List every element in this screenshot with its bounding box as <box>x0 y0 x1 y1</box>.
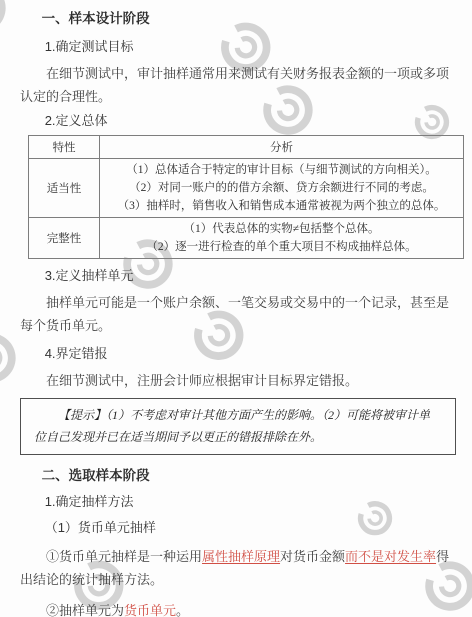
tip-label: 【提示】 <box>58 408 106 422</box>
population-definition-table: 特性 分析 适当性 （1）总体适合于特定的审计目标（与细节测试的方向相关）。 （… <box>28 135 464 259</box>
table-row: 适当性 （1）总体适合于特定的审计目标（与细节测试的方向相关）。 （2）对同一账… <box>29 159 464 218</box>
analysis-line: （2）对同一账户的的借方余额、贷方余额进行不同的考虑。 <box>103 179 460 197</box>
section1-item3-title: 3.定义抽样单元 <box>20 267 456 285</box>
paragraph-text: 。 <box>176 603 189 617</box>
table-row: 完整性 （1）代表总体的实物≠包括整个总体。 （2）逐一进行检查的单个重大项目不… <box>29 218 464 259</box>
section1-title: 一、样本设计阶段 <box>20 10 456 28</box>
table-cell-analysis: （1）代表总体的实物≠包括整个总体。 （2）逐一进行检查的单个重大项目不构成抽样… <box>100 218 464 259</box>
section1-item2-title: 2.定义总体 <box>20 112 456 130</box>
document-page: 一、样本设计阶段 1.确定测试目标 在细节测试中，审计抽样通常用来测试有关财务报… <box>0 0 472 617</box>
table-header-analysis: 分析 <box>100 136 464 159</box>
paragraph-text: ②抽样单元为 <box>46 603 124 617</box>
highlighted-phrase: 而不是对发生率 <box>345 549 436 564</box>
analysis-line: （1）总体适合于特定的审计目标（与细节测试的方向相关）。 <box>103 161 460 179</box>
paragraph-text: 对货币金额 <box>280 549 345 564</box>
table-header-feature: 特性 <box>29 136 100 159</box>
section1-item1-paragraph: 在细节测试中，审计抽样通常用来测试有关财务报表金额的一项或多项认定的合理性。 <box>20 62 456 108</box>
analysis-line: （2）逐一进行检查的单个重大项目不构成抽样总体。 <box>103 238 460 256</box>
section1-item4-paragraph: 在细节测试中，注册会计师应根据审计目标界定错报。 <box>20 369 456 392</box>
section2-title: 二、选取样本阶段 <box>20 467 456 485</box>
tip-paragraph: 【提示】（1）不考虑对审计其他方面产生的影响。（2）可能将被审计单位自己发现并已… <box>34 405 442 448</box>
table-header-row: 特性 分析 <box>29 136 464 159</box>
table-cell-analysis: （1）总体适合于特定的审计目标（与细节测试的方向相关）。 （2）对同一账户的的借… <box>100 159 464 218</box>
section1-item4-title: 4.界定错报 <box>20 345 456 363</box>
section2-paragraph1: ①货币单元抽样是一种运用属性抽样原理对货币金额而不是对发生率得出结论的统计抽样方… <box>20 545 456 591</box>
section2-paragraph2: ②抽样单元为货币单元。 <box>20 599 456 617</box>
section2-item1-title: 1.确定抽样方法 <box>20 493 456 511</box>
highlighted-phrase: 货币单元 <box>124 603 176 617</box>
section2-sub1-title: （1）货币单元抽样 <box>20 519 456 537</box>
table-cell-feature: 适当性 <box>29 159 100 218</box>
table-cell-feature: 完整性 <box>29 218 100 259</box>
analysis-line: （1）代表总体的实物≠包括整个总体。 <box>103 220 460 238</box>
paragraph-text: ①货币单元抽样是一种运用 <box>46 549 202 564</box>
highlighted-phrase: 属性抽样原理 <box>202 549 280 564</box>
analysis-line: （3）抽样时，销售收入和销售成本通常被视为两个独立的总体。 <box>103 197 460 215</box>
section1-item1-title: 1.确定测试目标 <box>20 38 456 56</box>
section1-item3-paragraph: 抽样单元可能是一个账户余额、一笔交易或交易中的一个记录，甚至是每个货币单元。 <box>20 291 456 337</box>
tip-box: 【提示】（1）不考虑对审计其他方面产生的影响。（2）可能将被审计单位自己发现并已… <box>20 398 456 455</box>
